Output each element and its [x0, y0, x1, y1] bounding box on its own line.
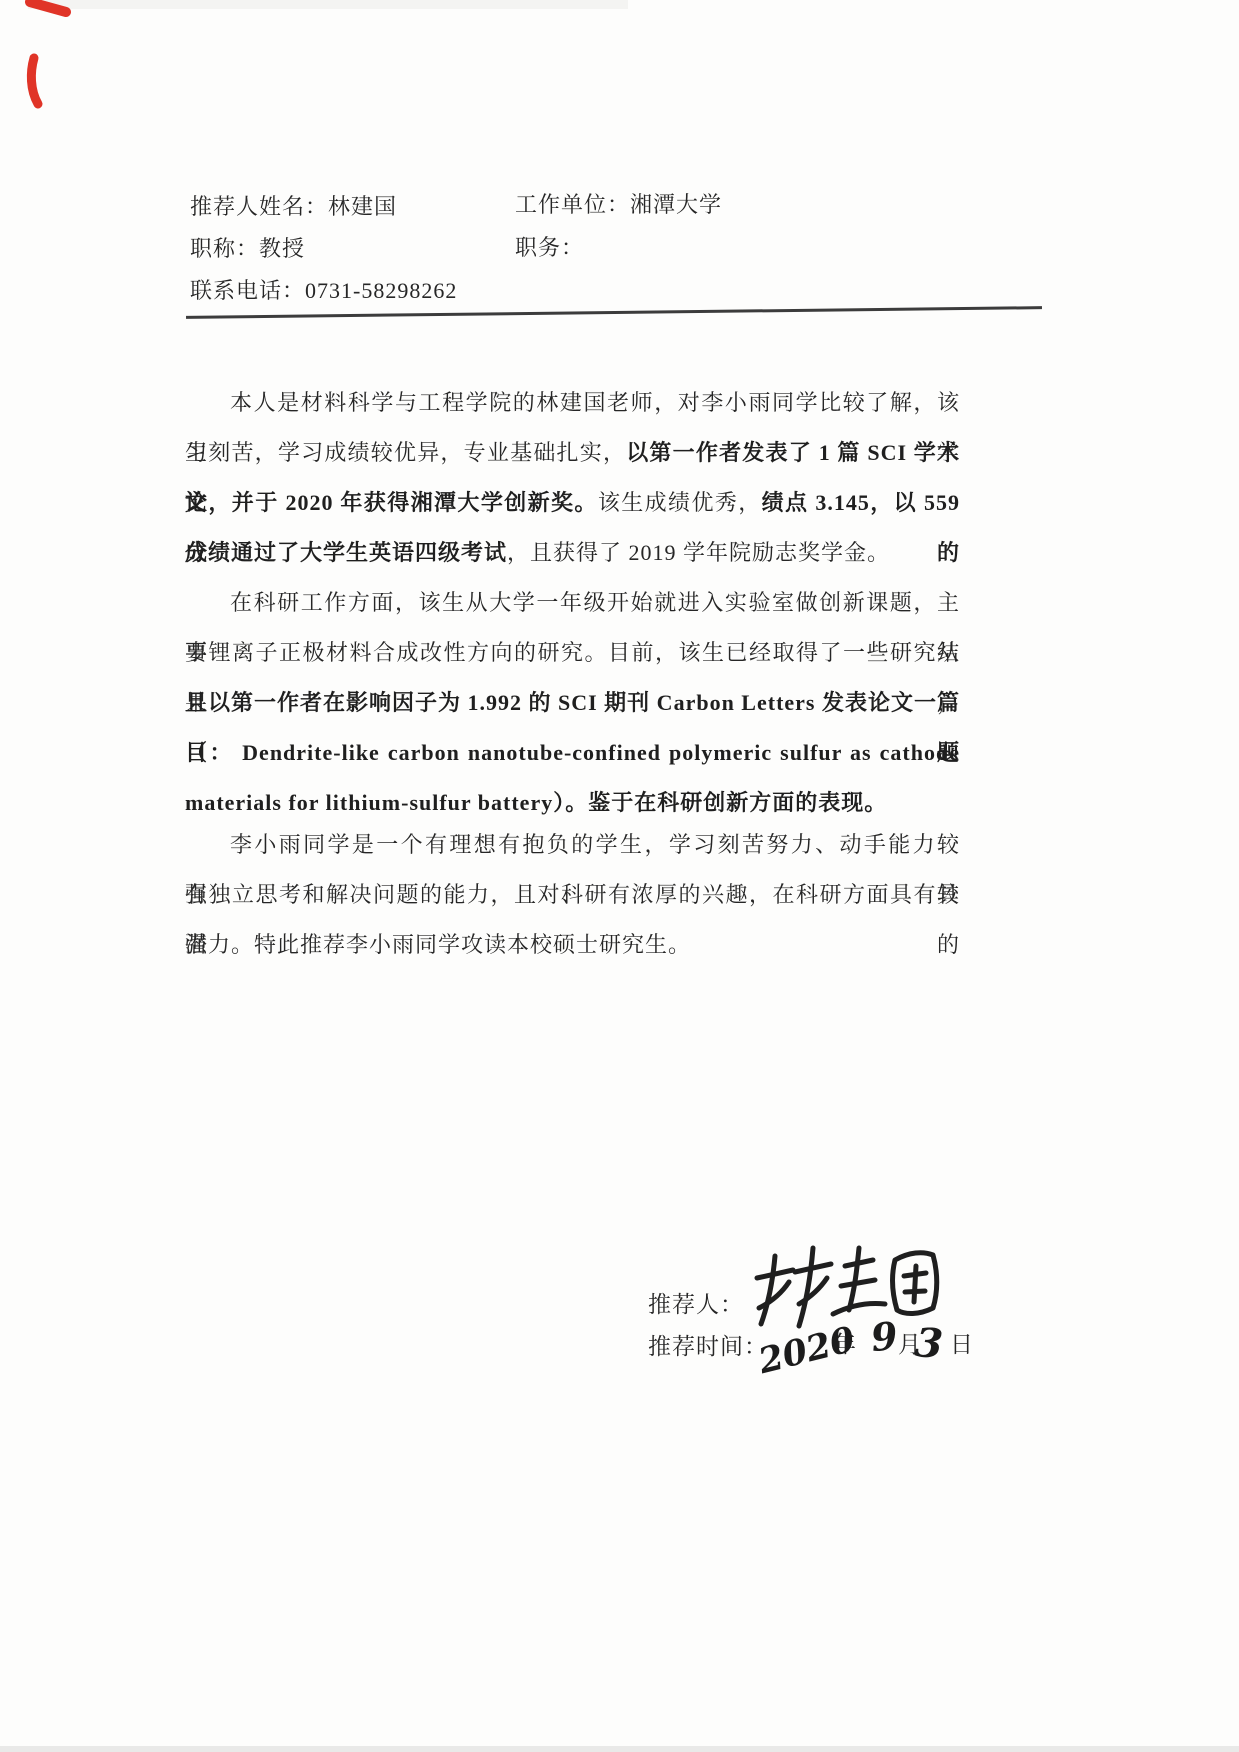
- body-line: 目： Dendrite-like carbon nanotube-confine…: [185, 728, 960, 778]
- text-run: 习刻苦，学习成绩较优异，专业基础扎实，: [185, 440, 626, 465]
- body-line: 在科研工作方面，该生从大学一年级开始就进入实验室做创新课题，主要从: [185, 578, 960, 628]
- field-title: 职称：教授: [190, 234, 305, 264]
- handwritten-day: 3: [913, 1319, 944, 1368]
- recommender-name-value: 林建国: [328, 194, 397, 219]
- body-line: 且以第一作者在影响因子为 1.992 的 SCI 期刊 Carbon Lette…: [185, 678, 960, 728]
- title-value: 教授: [259, 236, 305, 261]
- field-duty: 职务：: [515, 233, 584, 263]
- scan-edge-shadow-top: [28, 0, 628, 9]
- title-label: 职称：: [190, 236, 259, 261]
- body-line: 文，并于 2020 年获得湘潭大学创新奖。该生成绩优秀，绩点 3.145，以 5…: [185, 478, 960, 528]
- scan-edge-shadow-bottom: [0, 1746, 1239, 1752]
- work-unit-label: 工作单位：: [515, 192, 630, 217]
- date-label: 推荐时间：: [648, 1328, 768, 1361]
- handwritten-month: 9: [869, 1313, 900, 1361]
- duty-label: 职务：: [515, 235, 584, 260]
- scanned-recommendation-letter: 推荐人姓名：林建国 工作单位：湘潭大学 职称：教授 职务： 联系电话：0731-…: [0, 0, 1239, 1752]
- text-run-bold: 成绩通过了大学生英语四级考试: [185, 540, 507, 565]
- date-day-unit: 日: [950, 1326, 974, 1359]
- red-scan-marks: [20, 0, 80, 120]
- text-run-bold: 目： Dendrite-like carbon nanotube-confine…: [185, 740, 960, 765]
- red-scan-mark-top: [30, 2, 66, 12]
- recommender-name-label: 推荐人姓名：: [190, 194, 328, 219]
- body-line: 成绩通过了大学生英语四级考试，且获得了 2019 学年院励志奖学金。: [185, 528, 960, 578]
- text-run: 潜力。特此推荐李小雨同学攻读本校硕士研究生。: [185, 932, 691, 957]
- recommender-signature-label: 推荐人：: [648, 1286, 744, 1319]
- body-line: 李小雨同学是一个有理想有抱负的学生，学习刻苦努力、动手能力较强、具: [185, 820, 960, 870]
- field-recommender-name: 推荐人姓名：林建国: [190, 192, 397, 222]
- text-run: ，且获得了 2019 学年院励志奖学金。: [507, 540, 890, 565]
- paragraph-3: 李小雨同学是一个有理想有抱负的学生，学习刻苦努力、动手能力较强、具 有独立思考和…: [185, 820, 960, 970]
- paragraph-2: 在科研工作方面，该生从大学一年级开始就进入实验室做创新课题，主要从 事锂离子正极…: [185, 578, 960, 828]
- text-run-bold: materials for lithium-sulfur battery）。鉴于…: [185, 790, 887, 815]
- red-scan-mark-left: [31, 58, 38, 104]
- text-run: 该生成绩优秀，: [598, 490, 762, 515]
- text-run-bold: 文，并于 2020 年获得湘潭大学创新奖。: [185, 490, 598, 515]
- body-line: 习刻苦，学习成绩较优异，专业基础扎实，以第一作者发表了 1 篇 SCI 学术论: [185, 428, 960, 478]
- body-line: 事锂离子正极材料合成改性方向的研究。目前，该生已经取得了一些研究结果，: [185, 628, 960, 678]
- field-work-unit: 工作单位：湘潭大学: [515, 190, 722, 220]
- phone-label: 联系电话：: [190, 278, 305, 303]
- body-line: 本人是材料科学与工程学院的林建国老师，对李小雨同学比较了解，该生学: [185, 378, 960, 428]
- phone-value: 0731-58298262: [305, 278, 457, 303]
- body-line: 有独立思考和解决问题的能力，且对科研有浓厚的兴趣，在科研方面具有较强的: [185, 870, 960, 920]
- paragraph-1: 本人是材料科学与工程学院的林建国老师，对李小雨同学比较了解，该生学 习刻苦，学习…: [185, 378, 960, 578]
- header-divider-line: [186, 306, 1042, 319]
- work-unit-value: 湘潭大学: [630, 192, 722, 217]
- field-phone: 联系电话：0731-58298262: [190, 276, 457, 306]
